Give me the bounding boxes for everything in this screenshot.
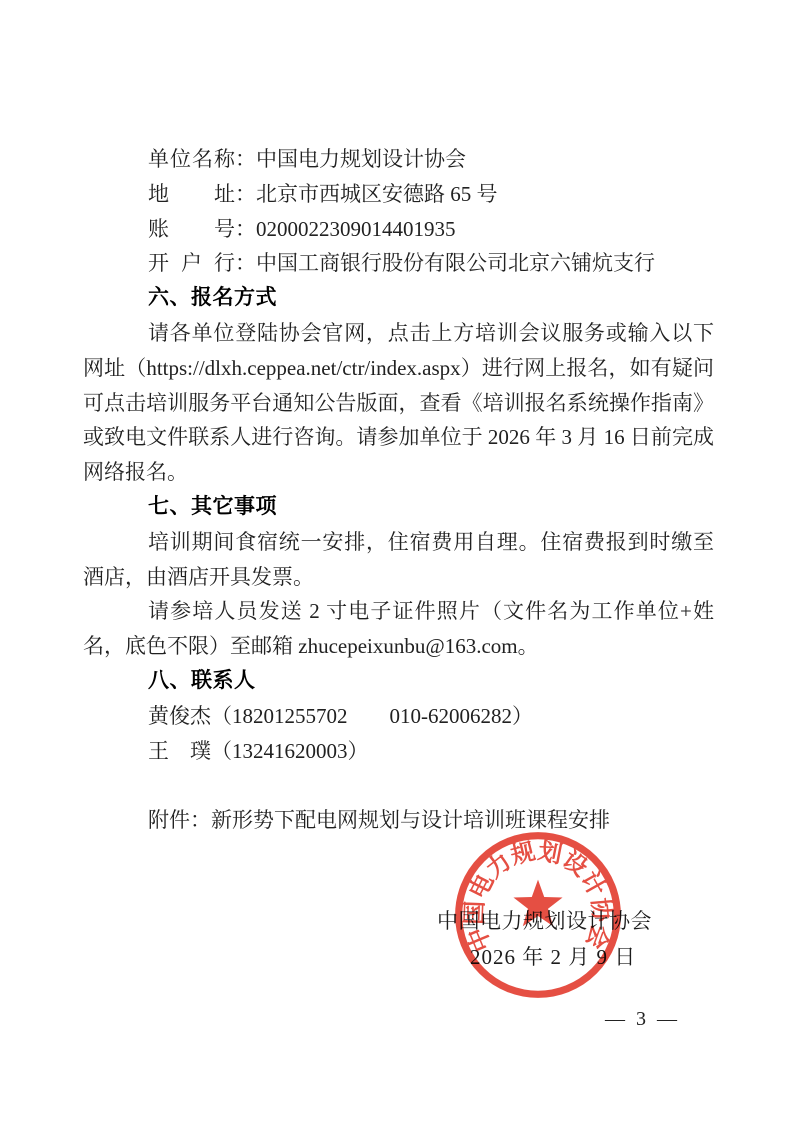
colon: ： bbox=[235, 217, 256, 241]
colon: ： bbox=[235, 147, 256, 171]
colon: ： bbox=[235, 182, 256, 206]
paragraph-registration: 请各单位登陆协会官网，点击上方培训会议服务或输入以下网址（https://dlx… bbox=[83, 316, 714, 490]
unit-name-row: 单位名称：中国电力规划设计协会 bbox=[83, 142, 714, 177]
paragraph-lodging: 培训期间食宿统一安排，住宿费用自理。住宿费报到时缴至酒店，由酒店开具发票。 bbox=[83, 525, 714, 595]
attachment-line: 附件：新形势下配电网规划与设计培训班课程安排 bbox=[83, 803, 714, 838]
contact-line-1: 黄俊杰（18201255702 010-62006282） bbox=[83, 699, 714, 734]
section-heading-registration: 六、报名方式 bbox=[83, 281, 714, 316]
document-body: 单位名称：中国电力规划设计协会 地址：北京市西城区安德路 65 号 账号：020… bbox=[83, 142, 714, 838]
paragraph-photo-email: 请参培人员发送 2 寸电子证件照片（文件名为工作单位+姓名，底色不限）至邮箱 z… bbox=[83, 594, 714, 664]
address-value: 北京市西城区安德路 65 号 bbox=[256, 182, 498, 206]
bank-label: 开户行 bbox=[148, 246, 235, 281]
unit-name-value: 中国电力规划设计协会 bbox=[256, 147, 466, 171]
colon: ： bbox=[235, 251, 256, 275]
address-label: 地址 bbox=[148, 177, 235, 212]
contact-line-2: 王 璞（13241620003） bbox=[83, 734, 714, 769]
page-number: — 3 — bbox=[605, 1008, 680, 1031]
unit-name-label: 单位名称 bbox=[148, 142, 235, 177]
account-number-label: 账号 bbox=[148, 212, 235, 247]
section-heading-other-matters: 七、其它事项 bbox=[83, 490, 714, 525]
account-number-row: 账号：0200022309014401935 bbox=[83, 212, 714, 247]
address-row: 地址：北京市西城区安德路 65 号 bbox=[83, 177, 714, 212]
document-page: 单位名称：中国电力规划设计协会 地址：北京市西城区安德路 65 号 账号：020… bbox=[0, 0, 793, 1122]
signature-date: 2026 年 2 月 9 日 bbox=[470, 941, 636, 971]
section-heading-contacts: 八、联系人 bbox=[83, 664, 714, 699]
seal-curved-text: 中国电力规划设计协会 bbox=[461, 838, 615, 956]
account-number-value: 0200022309014401935 bbox=[256, 217, 456, 241]
svg-text:中国电力规划设计协会: 中国电力规划设计协会 bbox=[461, 838, 615, 956]
bank-value: 中国工商银行股份有限公司北京六铺炕支行 bbox=[256, 251, 655, 275]
bank-row: 开户行：中国工商银行股份有限公司北京六铺炕支行 bbox=[83, 246, 714, 281]
signature-organization: 中国电力规划设计协会 bbox=[437, 905, 652, 935]
